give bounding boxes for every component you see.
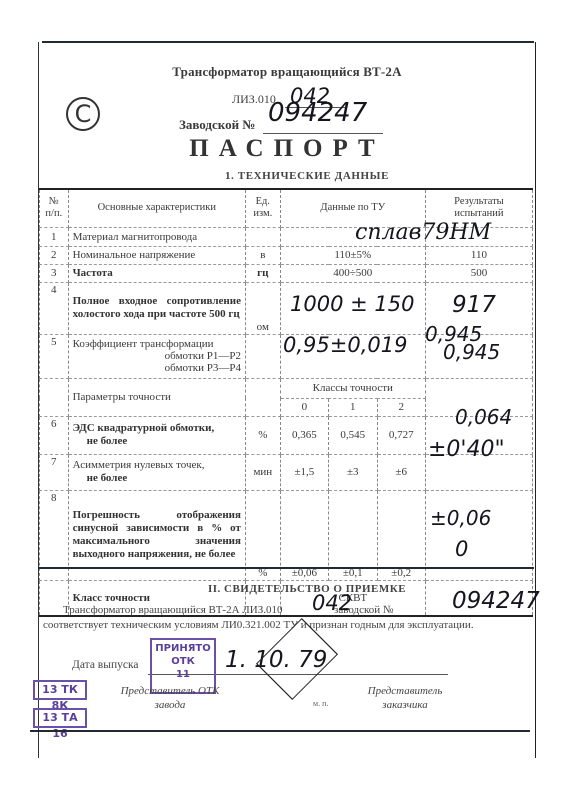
row-name: Номинальное напряжение [68,246,245,264]
row-num: 7 [40,454,69,490]
handwritten-result-ratio-2: 0,945 [443,340,500,364]
class-2-value: 0,727 [377,416,425,454]
row-unit: в [245,246,280,264]
mp-label: м. п. [313,699,328,708]
row-name-line: ЭДС квадратурной обмотки, [73,422,241,435]
handwritten-result-asymmetry: ±0'40" [428,437,505,462]
handwritten-result-error: ±0,06 [430,506,491,530]
table-row: 2 Номинальное напряжение в 110±5% 110 [40,246,533,264]
frame-bottom-rule [30,730,530,732]
class-0-value: 0,365 [280,416,328,454]
row-num: 1 [40,227,69,246]
row-name: ЭДС квадратурной обмотки, не более [68,416,245,454]
row-num: 5 [40,334,69,378]
row-name: Полное входное сопротивление холостого х… [68,282,245,334]
row-name-line: Асимметрия нулевых точек, [73,459,241,472]
class-1-value: ±3 [329,454,377,490]
otk-stamp-line: ОТК [152,655,214,668]
handwritten-serial-2: 094247 [452,588,540,614]
class-1: 1 [329,398,377,416]
handwritten-result-quadrature: 0,064 [455,405,512,429]
statement-line-1: Трансформатор вращающийся ВТ-2А ЛИЗ.010 … [43,603,523,618]
left-stamp-1: 13 ТК 8К [33,680,87,700]
handwritten-material: сплав79НМ [355,220,491,245]
otk-stamp-line: ПРИНЯТО [152,642,214,655]
row-unit [245,334,280,378]
acceptance-statement: Трансформатор вращающийся ВТ-2А ЛИЗ.010 … [43,603,523,633]
left-stamp-2: 13 ТА 16 [33,708,87,728]
statement-text-1: Трансформатор вращающийся ВТ-2А ЛИЗ.010 [63,604,282,616]
serial-handwritten: 094247 [268,98,367,128]
handwritten-designation-2: 042 [312,591,352,615]
class-1-value: 0,545 [329,416,377,454]
row-result: 500 [425,264,532,282]
copyright-icon: C [66,97,100,131]
table-row: 3 Частота гц 400÷500 500 [40,264,533,282]
row-num: 4 [40,282,69,334]
row-name: Коэффициент трансформации обмотки Р1—Р2 … [68,334,245,378]
row-tu: 110±5% [280,246,425,264]
row-name-line: не более [73,472,241,485]
row-num: 3 [40,264,69,282]
serial-label: Заводской № [179,117,255,133]
handwritten-result-impedance: 917 [452,292,496,318]
row-unit [245,227,280,246]
col-num-header: № п/п. [40,189,69,227]
col-name-header: Основные характеристики [68,189,245,227]
statement-text-3: соответствует техническим условиям ЛИ0.3… [43,618,523,633]
handwritten-tu-ratio: 0,95±0,019 [283,333,407,357]
row-name-line: обмотки Р3—Р4 [73,362,241,374]
row-num: 6 [40,416,69,454]
row-result: 110 [425,246,532,264]
row-num [40,378,69,416]
row-name: Материал магнитопровода [68,227,245,246]
row-name: Частота [68,264,245,282]
col-unit-header: Ед. изм. [245,189,280,227]
row-unit: мин [245,454,280,490]
handwritten-tu-impedance: 1000 ± 150 [290,292,414,316]
row-name-line: не более [73,435,241,448]
handwritten-result-class: 0 [455,537,468,561]
accuracy-header-row: Параметры точности Классы точности [40,378,533,398]
row-unit: % [245,416,280,454]
release-date-label: Дата выпуска [72,659,138,671]
customer-representative: Представитель заказчика [360,684,450,712]
otk-representative: Представитель ОТК завода [120,684,220,712]
class-2: 2 [377,398,425,416]
row-unit [245,378,280,416]
row-name: Асимметрия нулевых точек, не более [68,454,245,490]
row-name-line: обмотки Р1—Р2 [73,350,241,362]
row-unit: гц [245,264,280,282]
product-title: Трансформатор вращающийся ВТ-2А [0,64,574,80]
class-2-value: ±6 [377,454,425,490]
row-name-line: Коэффициент трансформации [73,338,241,350]
row-unit: ом [245,282,280,334]
serial-underline [263,133,383,134]
class-0: 0 [280,398,328,416]
section-separator [38,567,534,569]
row-num: 2 [40,246,69,264]
section-1-title: 1. ТЕХНИЧЕСКИЕ ДАННЫЕ [20,170,574,182]
accuracy-label: Параметры точности [68,378,245,416]
classes-label: Классы точности [280,378,425,398]
otk-stamp-line: 11 [152,668,214,681]
doc-title: ПАСПОРТ [0,135,574,163]
row-tu: 400÷500 [280,264,425,282]
class-0-value: ±1,5 [280,454,328,490]
